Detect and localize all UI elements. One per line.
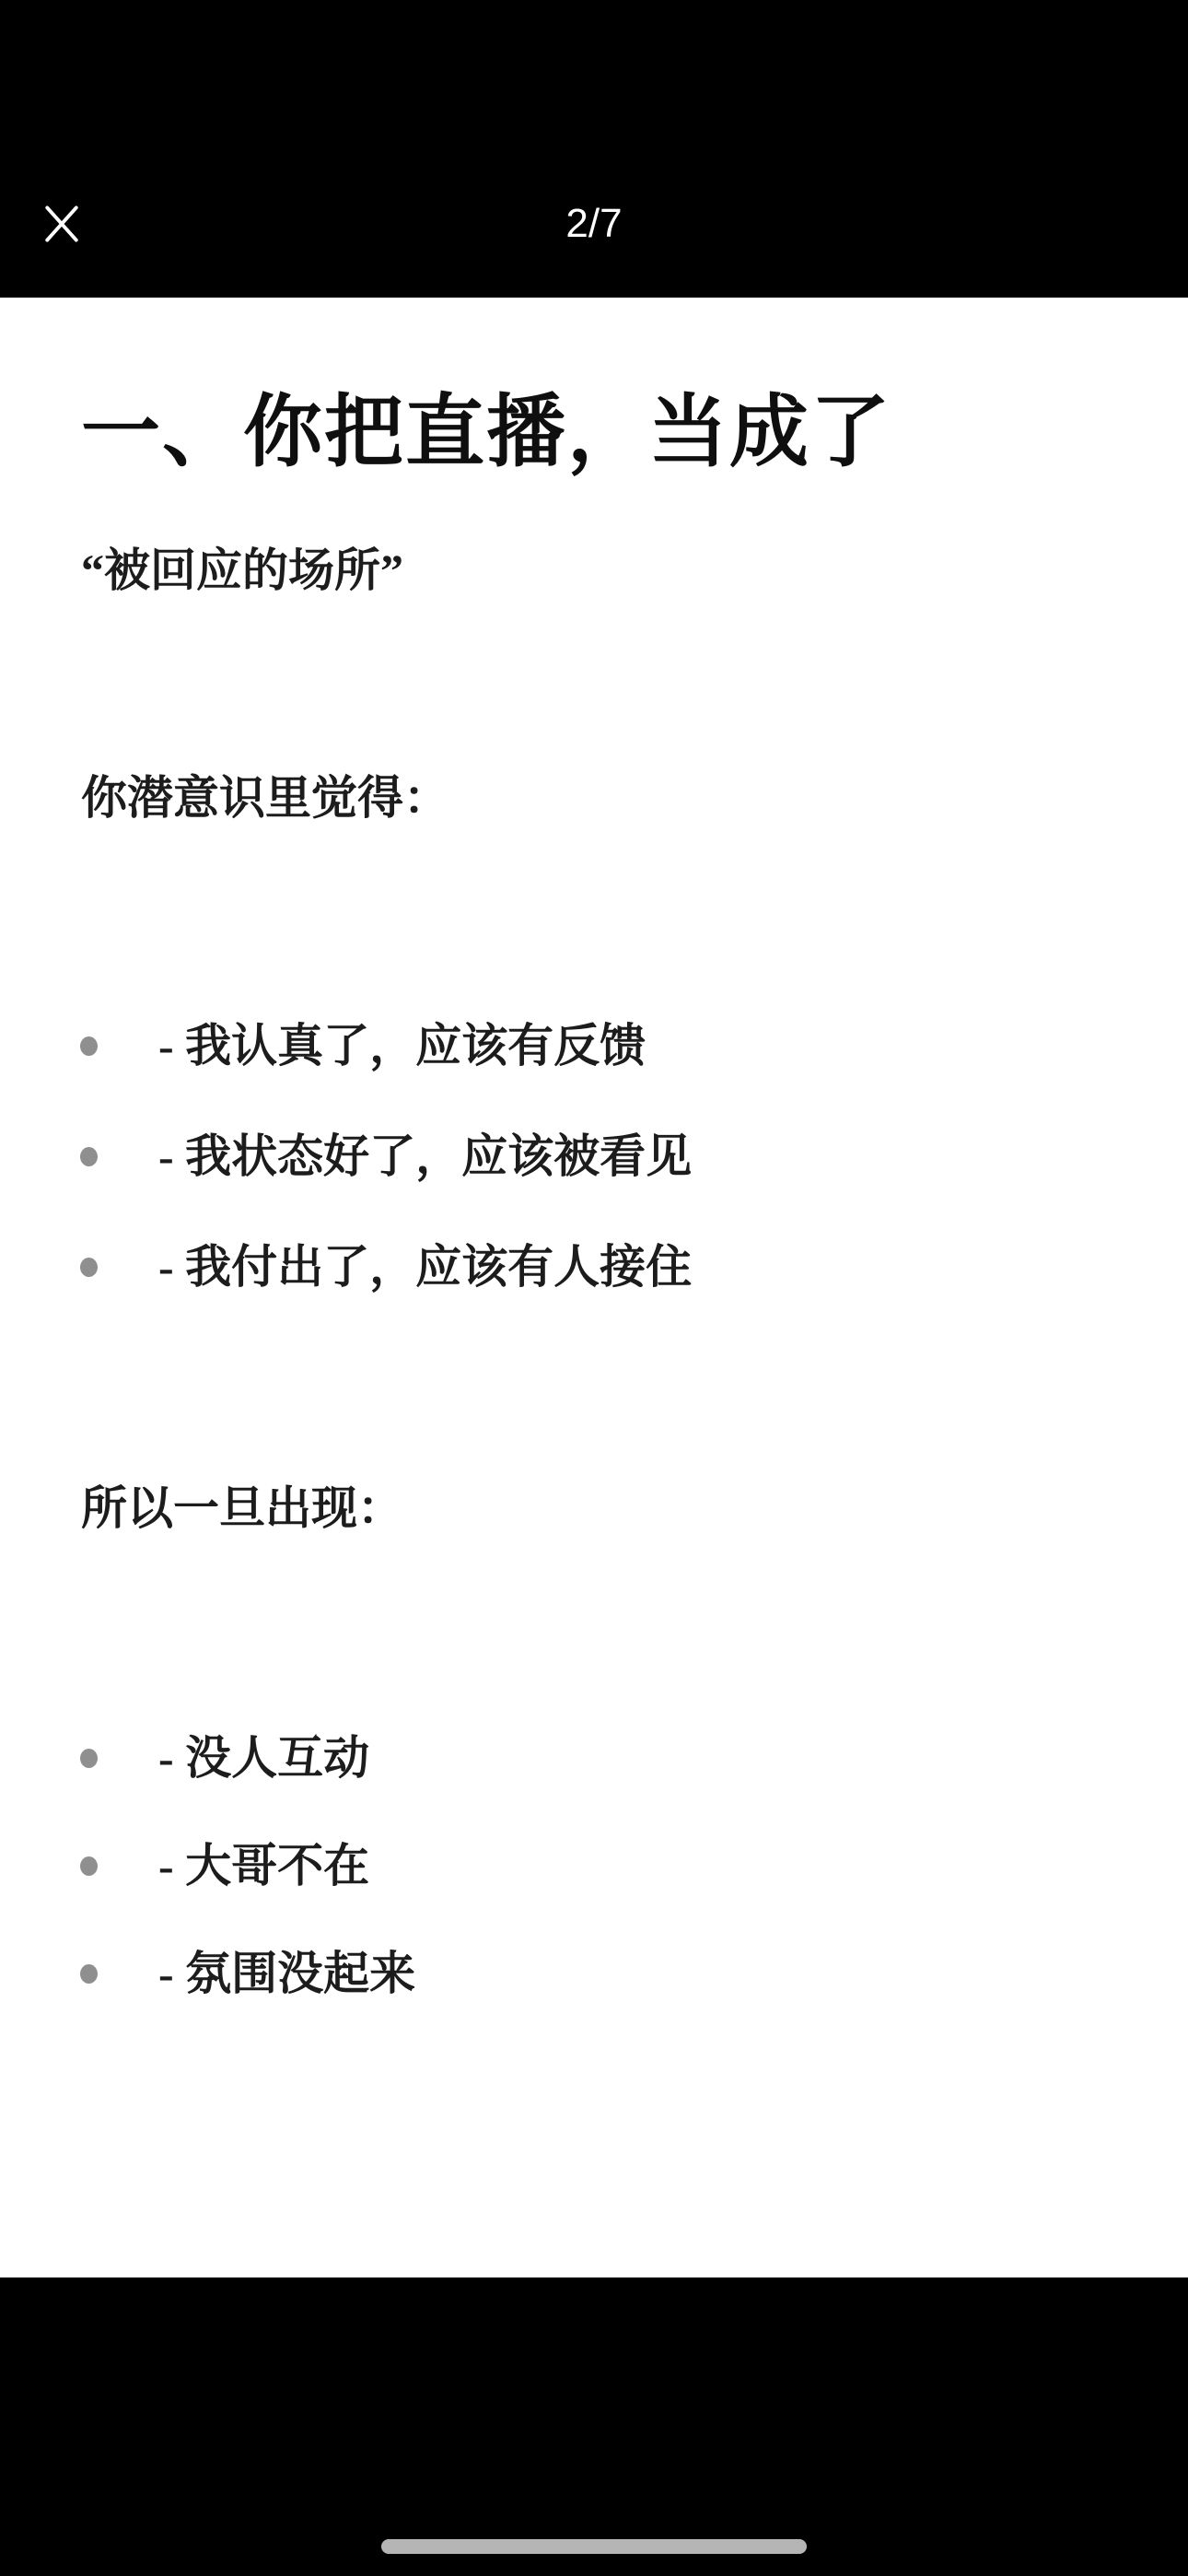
list-item: - 大哥不在 xyxy=(80,1833,1133,1898)
list-item: - 我状态好了，应该被看见 xyxy=(80,1124,1133,1188)
list-item-text: - 我状态好了，应该被看见 xyxy=(158,1124,692,1188)
page-subtitle: “被回应的场所” xyxy=(81,538,1133,603)
list-item: - 氛围没起来 xyxy=(80,1941,1133,2006)
bullet-dot xyxy=(80,1147,98,1166)
viewer-screen: 2/7 一、你把直播，当成了 “被回应的场所” 你潜意识里觉得： - 我认真了，… xyxy=(0,0,1188,2576)
list-item-text: - 没人互动 xyxy=(158,1726,369,1790)
page-indicator: 2/7 xyxy=(0,197,1188,251)
bullet-dot xyxy=(80,1036,98,1056)
content-page[interactable]: 一、你把直播，当成了 “被回应的场所” 你潜意识里觉得： - 我认真了，应该有反… xyxy=(0,298,1188,2277)
bullet-dot xyxy=(80,1749,98,1768)
section-2-list: - 没人互动 - 大哥不在 - 氛围没起来 xyxy=(80,1726,1133,2049)
section-1-lead: 你潜意识里觉得： xyxy=(81,766,1133,830)
list-item: - 我认真了，应该有反馈 xyxy=(80,1013,1133,1078)
bullet-dot xyxy=(80,1856,98,1876)
list-item-text: - 我付出了，应该有人接住 xyxy=(158,1235,692,1299)
list-item-text: - 氛围没起来 xyxy=(158,1941,415,2006)
section-1-list: - 我认真了，应该有反馈 - 我状态好了，应该被看见 - 我付出了，应该有人接住 xyxy=(80,1013,1133,1345)
section-2-lead: 所以一旦出现： xyxy=(81,1476,1133,1540)
bullet-dot xyxy=(80,1258,98,1277)
home-indicator[interactable] xyxy=(381,2539,807,2554)
list-item: - 没人互动 xyxy=(80,1726,1133,1790)
list-item-text: - 大哥不在 xyxy=(158,1833,369,1898)
bullet-dot xyxy=(80,1964,98,1984)
list-item: - 我付出了，应该有人接住 xyxy=(80,1235,1133,1299)
list-item-text: - 我认真了，应该有反馈 xyxy=(158,1013,646,1078)
page-title: 一、你把直播，当成了 xyxy=(81,381,1133,483)
